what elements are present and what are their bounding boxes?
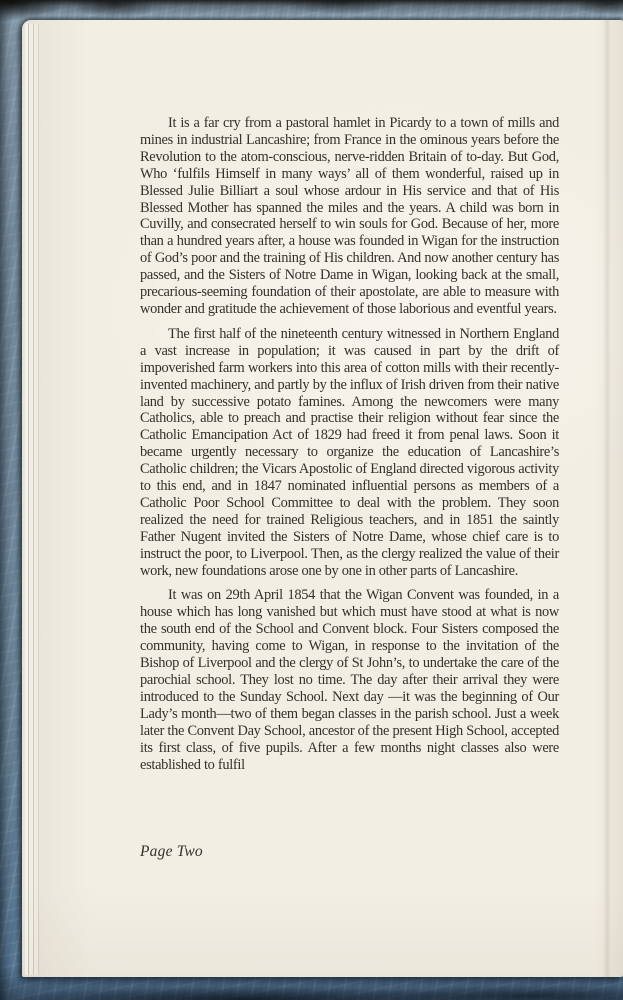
page-curvature-crease: [603, 20, 611, 977]
page-text-block: It is a far cry from a pastoral hamlet i…: [140, 115, 559, 781]
page-stack-edges: [25, 24, 41, 975]
page-number-label: Page Two: [140, 843, 203, 861]
book-page: It is a far cry from a pastoral hamlet i…: [22, 20, 623, 977]
paragraph-1: It is a far cry from a pastoral hamlet i…: [140, 115, 559, 318]
blue-cover-background: It is a far cry from a pastoral hamlet i…: [0, 0, 623, 1000]
paragraph-2: The first half of the nineteenth century…: [140, 326, 559, 580]
paragraph-3: It was on 29th April 1854 that the Wigan…: [140, 587, 559, 773]
